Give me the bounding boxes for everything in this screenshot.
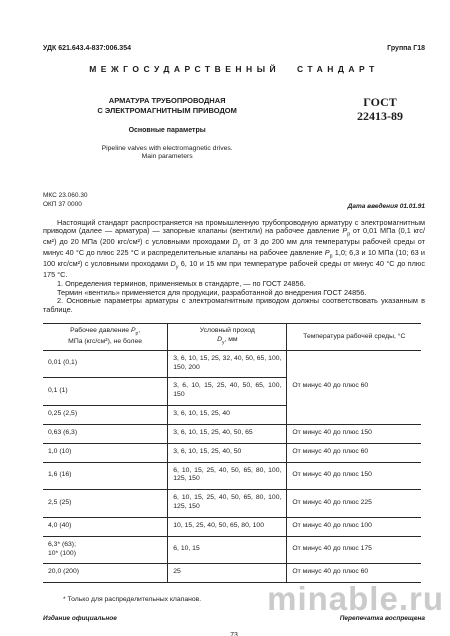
temperature-cell: От минус 40 до плюс 150 (287, 462, 421, 490)
nominal-bore-cell: 6, 10, 15 (168, 536, 287, 564)
document-subtitle: Основные параметры (43, 127, 291, 134)
nominal-bore-cell: 3, 6, 10, 15, 25, 40, 50, 65, 100, 150 (168, 378, 287, 406)
gost-label: ГОСТ (363, 95, 397, 109)
gost-number: 22413-89 (357, 109, 403, 123)
group-code: Группа Г18 (387, 45, 425, 52)
temperature-cell: От минус 40 до плюс 60 (287, 350, 421, 424)
okp-code: ОКП 37 0000 (43, 201, 82, 208)
title-en-line-2: Main parameters (142, 153, 193, 160)
paragraph-scope: Настоящий стандарт распространяется на п… (43, 219, 425, 280)
codes-row: МКС 23.060.30 ОКП 37 0000 Дата введения … (43, 192, 425, 210)
temperature-cell: От минус 40 до плюс 60 (287, 443, 421, 462)
nominal-bore-cell: 10, 15, 25, 40, 50, 65, 80, 100 (168, 517, 287, 536)
nominal-bore-cell: 6, 10, 15, 25, 40, 50, 65, 80, 100, 125,… (168, 462, 287, 490)
pressure-cell: 1,0 (10) (43, 443, 168, 462)
pressure-cell: 20,0 (200) (43, 564, 168, 583)
header-nominal-bore: Условный проходDу, мм (168, 324, 287, 351)
document-title: АРМАТУРА ТРУБОПРОВОДНАЯ С ЭЛЕКТРОМАГНИТН… (43, 96, 291, 116)
pressure-cell: 4,0 (40) (43, 517, 168, 536)
standard-kind-heading: МЕЖГОСУДАРСТВЕННЫЙ СТАНДАРТ (43, 64, 425, 74)
pressure-cell: 0,63 (6,3) (43, 424, 168, 443)
table-row: 4,0 (40)10, 15, 25, 40, 50, 65, 80, 100О… (43, 517, 421, 536)
paragraph-main-params: 2. Основные параметры арматуры с электро… (43, 297, 425, 315)
watermark-text: minable.ru (267, 580, 444, 618)
pressure-cell: 2,5 (25) (43, 490, 168, 518)
table-row: 0,01 (0,1)3, 6, 10, 15, 25, 32, 40, 50, … (43, 350, 421, 378)
title-line-2: С ЭЛЕКТРОМАГНИТНЫМ ПРИВОДОМ (97, 106, 236, 115)
nominal-bore-cell: 3, 6, 10, 15, 25, 40, 50, 65 (168, 424, 287, 443)
title-en-line-1: Pipeline valves with electromagnetic dri… (102, 145, 233, 152)
temperature-cell: От минус 40 до плюс 150 (287, 424, 421, 443)
header-temperature: Температура рабочей среды, °С (287, 324, 421, 351)
header-pressure: Рабочее давление Pр,МПа (кгс/см²), не бо… (43, 324, 168, 351)
page-number: 73 (43, 632, 425, 636)
official-edition-note: Издание официальное (43, 615, 117, 622)
pressure-cell: 1,6 (16) (43, 462, 168, 490)
temperature-cell: От минус 40 до плюс 175 (287, 536, 421, 564)
gost-designation: ГОСТ 22413-89 (357, 96, 403, 124)
table-row: 2,5 (25)6, 10, 15, 25, 40, 50, 65, 80, 1… (43, 490, 421, 518)
document-title-english: Pipeline valves with electromagnetic dri… (43, 145, 291, 162)
nominal-bore-cell: 3, 6, 10, 15, 25, 40 (168, 406, 287, 425)
table-row: 1,6 (16)6, 10, 15, 25, 40, 50, 65, 80, 1… (43, 462, 421, 490)
pressure-cell: 0,1 (1) (43, 378, 168, 406)
table-row: 0,63 (6,3)3, 6, 10, 15, 25, 40, 50, 65От… (43, 424, 421, 443)
table-header-row: Рабочее давление Pр,МПа (кгс/см²), не бо… (43, 324, 421, 351)
udk-code: УДК 621.643.4-837:006.354 (43, 45, 131, 52)
header-main: АРМАТУРА ТРУБОПРОВОДНАЯ С ЭЛЕКТРОМАГНИТН… (43, 96, 425, 178)
parameters-table: Рабочее давление Pр,МПа (кгс/см²), не бо… (43, 323, 421, 583)
temperature-cell: От минус 40 до плюс 100 (287, 517, 421, 536)
meta-row: УДК 621.643.4-837:006.354 Группа Г18 (43, 45, 425, 52)
table-row: 1,0 (10)3, 6, 10, 15, 25, 40, 50От минус… (43, 443, 421, 462)
pressure-cell: 6,3* (63); 10* (100) (43, 536, 168, 564)
body-text-block: Настоящий стандарт распространяется на п… (43, 219, 425, 316)
nominal-bore-cell: 3, 6, 10, 15, 25, 40, 50 (168, 443, 287, 462)
title-column: АРМАТУРА ТРУБОПРОВОДНАЯ С ЭЛЕКТРОМАГНИТН… (43, 96, 291, 161)
introduction-date: Дата введения 01.01.91 (348, 203, 425, 210)
classification-codes: МКС 23.060.30 ОКП 37 0000 (43, 192, 88, 210)
title-line-1: АРМАТУРА ТРУБОПРОВОДНАЯ (109, 96, 226, 105)
nominal-bore-cell: 6, 10, 15, 25, 40, 50, 65, 80, 100, 125,… (168, 490, 287, 518)
pressure-cell: 0,25 (2,5) (43, 406, 168, 425)
pressure-cell: 0,01 (0,1) (43, 350, 168, 378)
temperature-cell: От минус 40 до плюс 225 (287, 490, 421, 518)
mks-code: МКС 23.060.30 (43, 192, 88, 199)
nominal-bore-cell: 3, 6, 10, 15, 25, 32, 40, 50, 65, 100, 1… (168, 350, 287, 378)
document-page: УДК 621.643.4-837:006.354 Группа Г18 МЕЖ… (0, 0, 450, 636)
table-row: 6,3* (63); 10* (100)6, 10, 15От минус 40… (43, 536, 421, 564)
